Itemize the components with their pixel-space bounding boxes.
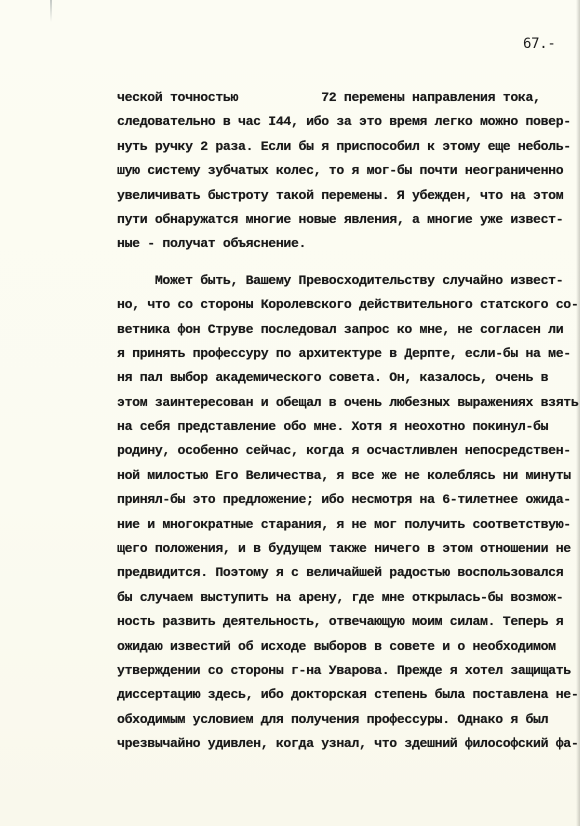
paragraph-spacer — [117, 257, 567, 269]
text-line: шую систему зубчатых колес, то я мог-бы … — [117, 159, 567, 183]
text-line: я принять профессуру по архитектуре в Де… — [117, 342, 567, 366]
text-line: пути обнаружатся многие новые явления, а… — [117, 208, 567, 232]
text-line: ожидаю известий об исходе выборов в сове… — [117, 635, 567, 659]
text-line: ня пал выбор академического совета. Он, … — [117, 366, 567, 390]
text-line: увеличивать быстроту такой перемены. Я у… — [117, 184, 567, 208]
text-line: ческой точностью 72 перемены направления… — [117, 86, 567, 110]
page-number: 67.- — [523, 36, 556, 52]
paragraph-1: ческой точностью 72 перемены направления… — [117, 86, 567, 257]
text-line: бы случаем выступить на арену, где мне о… — [117, 586, 567, 610]
document-page: 67.- ческой точностью 72 перемены направ… — [0, 0, 580, 826]
text-line: ность развить деятельность, отвечающую м… — [117, 610, 567, 634]
text-line: предвидится. Поэтому я с величайшей радо… — [117, 561, 567, 585]
text-line: нуть ручку 2 раза. Если бы я приспособил… — [117, 135, 567, 159]
text-line: родину, особенно сейчас, когда я осчастл… — [117, 439, 567, 463]
text-line: ние и многократные старания, я не мог по… — [117, 513, 567, 537]
text-line: чрезвычайно удивлен, когда узнал, что зд… — [117, 732, 567, 756]
paper-crease — [50, 0, 52, 22]
paragraph-2: Может быть, Вашему Превосходительству сл… — [117, 269, 567, 757]
text-line: но, что со стороны Королевского действит… — [117, 293, 567, 317]
text-line: диссертацию здесь, ибо докторская степен… — [117, 683, 567, 707]
text-line: следовательно в час I44, ибо за это врем… — [117, 110, 567, 134]
text-line: Может быть, Вашему Превосходительству сл… — [117, 269, 567, 293]
text-line: этом заинтересован и обещал в очень любе… — [117, 391, 567, 415]
text-line: ной милостью Его Величества, я все же не… — [117, 464, 567, 488]
text-line: ные - получат объяснение. — [117, 232, 567, 256]
typewritten-body: ческой точностью 72 перемены направления… — [117, 86, 567, 757]
text-line: щего положения, и в будущем также ничего… — [117, 537, 567, 561]
text-line: на себя представление обо мне. Хотя я не… — [117, 415, 567, 439]
text-line: ветника фон Струве последовал запрос ко … — [117, 318, 567, 342]
text-line: обходимым условием для получения професс… — [117, 708, 567, 732]
page-edge-shadow — [576, 0, 580, 826]
text-line: утверждении со стороны г-на Уварова. Пре… — [117, 659, 567, 683]
text-line: принял-бы это предложение; ибо несмотря … — [117, 488, 567, 512]
